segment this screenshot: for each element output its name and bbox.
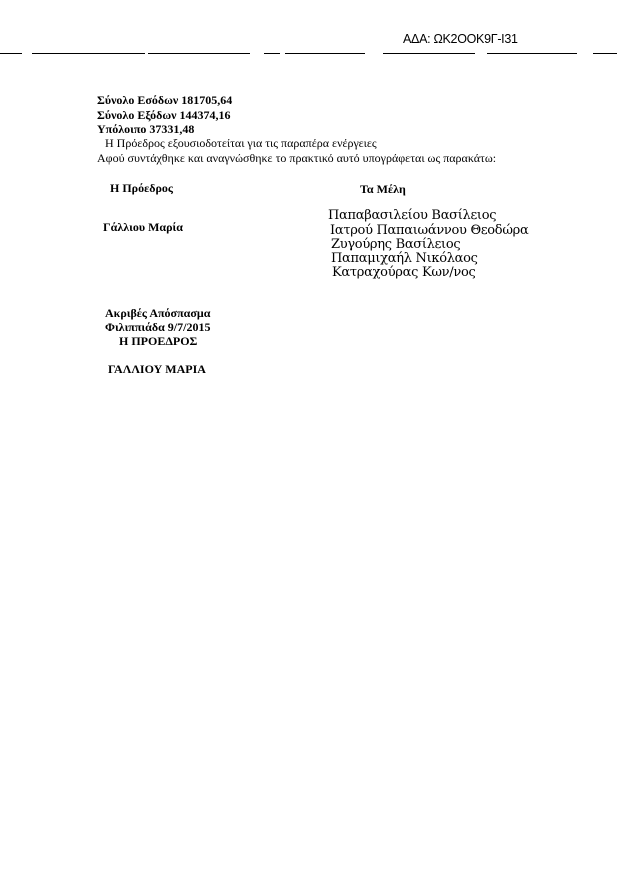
rule-segment [487, 53, 577, 54]
president-heading: Η Πρόεδρος [110, 181, 173, 196]
member-name: Ιατρού Παπαιωάννου Θεοδώρα [330, 223, 528, 238]
member-name: Ζυγούρης Βασίλειος [331, 237, 460, 252]
member-name: Παπαβασιλείου Βασίλειος [328, 208, 496, 223]
members-heading: Τα Μέλη [360, 182, 406, 197]
member-name: Κατραχούρας Κων/νος [332, 265, 475, 280]
president-name: Γάλλιου Μαρία [103, 220, 183, 235]
ada-code: ΑΔΑ: ΩΚ2ΟΟΚ9Γ-Ι31 [403, 32, 518, 46]
rule-segment [383, 53, 475, 54]
balance: Υπόλοιπο 37331,48 [97, 122, 194, 137]
place-date: Φιλιππιάδα 9/7/2015 [105, 320, 210, 335]
certification-title: Η ΠΡΟΕΔΡΟΣ [119, 334, 197, 349]
member-name: Παπαμιχαήλ Νικόλαος [331, 251, 478, 266]
certification-name: ΓΑΛΛΙΟΥ ΜΑΡΙΑ [108, 362, 206, 377]
total-income: Σύνολο Εσόδων 181705,64 [97, 93, 232, 108]
total-expenses: Σύνολο Εξόδων 144374,16 [97, 108, 231, 123]
rule-segment [593, 53, 617, 54]
rule-segment [264, 53, 280, 54]
rule-segment [32, 53, 145, 54]
rule-segment [148, 53, 250, 54]
signing-note: Αφού συντάχθηκε και αναγνώσθηκε το πρακτ… [97, 151, 496, 166]
rule-segment [285, 53, 365, 54]
rule-segment [0, 53, 22, 54]
authorization-text: Η Πρόεδρος εξουσιοδοτείται για τις παραπ… [105, 136, 377, 151]
exact-copy-label: Ακριβές Απόσπασμα [105, 306, 210, 321]
